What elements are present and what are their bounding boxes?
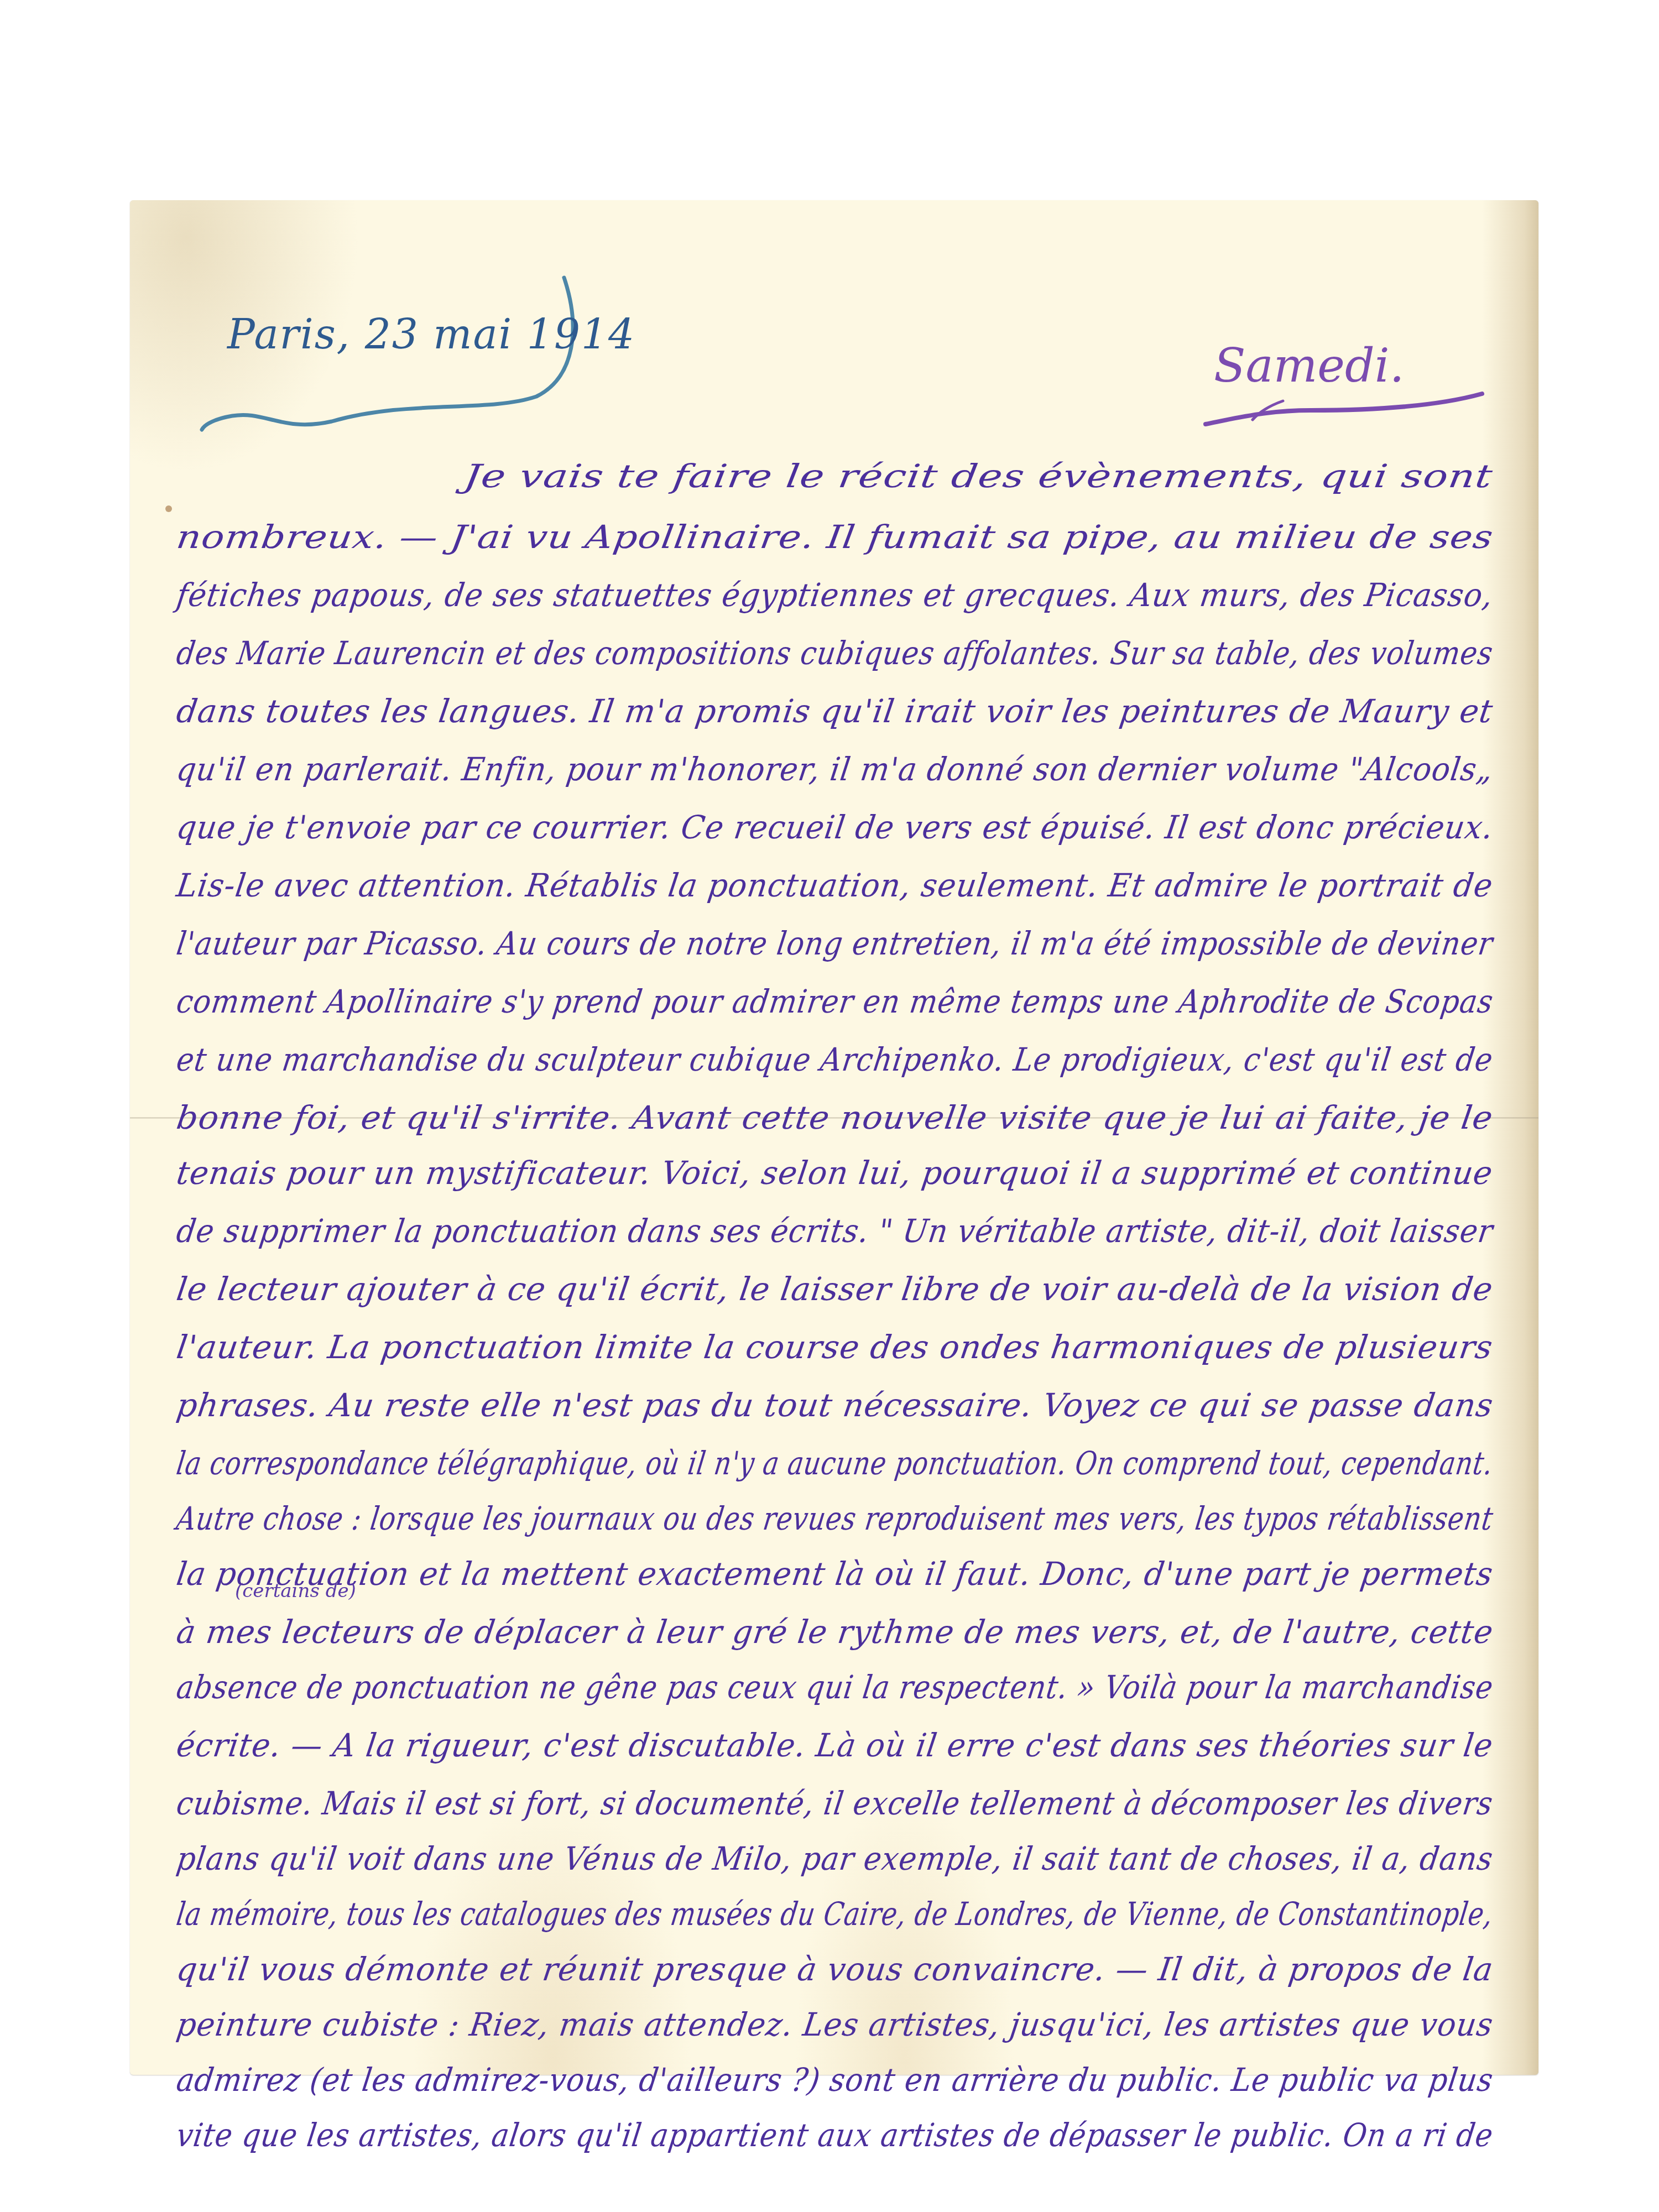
letter-sheet: Paris, 23 mai 1914 Samedi. Je vais te fa…	[130, 200, 1538, 2075]
body-line: nombreux. — J'ai vu Apollinaire. Il fuma…	[174, 518, 1496, 556]
body-line: comment Apollinaire s'y prend pour admir…	[174, 983, 1496, 1020]
body-line: phrases. Au reste elle n'est pas du tout…	[174, 1386, 1496, 1424]
body-line: la mémoire, tous les catalogues des musé…	[174, 1895, 1495, 1933]
body-line: et une marchandise du sculpteur cubique …	[174, 1041, 1495, 1078]
body-line: le lecteur ajouter à ce qu'il écrit, le …	[174, 1270, 1495, 1308]
body-line: de supprimer la ponctuation dans ses écr…	[174, 1212, 1495, 1250]
interlinear-insertion: (certains de)	[235, 1580, 356, 1602]
body-line: peinture cubiste : Riez, mais attendez. …	[174, 2006, 1496, 2043]
body-line: cubisme. Mais il est si fort, si documen…	[174, 1785, 1495, 1822]
body-line: admirez (et les admirez-vous, d'ailleurs…	[174, 2061, 1496, 2099]
body-line: vite que les artistes, alors qu'il appar…	[174, 2116, 1496, 2154]
day-of-week: Samedi.	[1214, 338, 1404, 393]
body-line: Autre chose : lorsque les journaux ou de…	[174, 1500, 1496, 1537]
foxing-spot	[165, 505, 172, 512]
body-line: Lis-le avec attention. Rétablis la ponct…	[174, 867, 1495, 904]
body-line: qu'il vous démonte et réunit presque à v…	[174, 1950, 1496, 1988]
body-line: Je vais te faire le récit des évènements…	[462, 457, 1495, 495]
place-date: Paris, 23 mai 1914	[227, 311, 635, 358]
body-line: fétiches papous, de ses statuettes égypt…	[174, 576, 1495, 614]
body-line: la ponctuation et la mettent exactement …	[174, 1555, 1496, 1593]
body-line: des Marie Laurencin et des compositions …	[174, 634, 1496, 672]
body-line: à mes lecteurs de déplacer à leur gré le…	[174, 1613, 1496, 1651]
body-line: l'auteur par Picasso. Au cours de notre …	[174, 925, 1495, 962]
body-line: absence de ponctuation ne gêne pas ceux …	[174, 1668, 1496, 1706]
body-line: plans qu'il voit dans une Vénus de Milo,…	[174, 1840, 1495, 1877]
body-line: tenais pour un mystificateur. Voici, sel…	[174, 1154, 1495, 1192]
body-line: l'auteur. La ponctuation limite la cours…	[174, 1328, 1495, 1366]
day-underline-icon	[1200, 391, 1488, 435]
body-line: dans toutes les langues. Il m'a promis q…	[174, 692, 1495, 730]
body-line: écrite. — A la rigueur, c'est discutable…	[174, 1726, 1495, 1764]
body-line: la correspondance télégraphique, où il n…	[174, 1444, 1495, 1482]
body-line: bonne foi, et qu'il s'irrite. Avant cett…	[174, 1099, 1495, 1136]
body-line: que je t'envoie par ce courrier. Ce recu…	[174, 808, 1496, 846]
body-line: qu'il en parlerait. Enfin, pour m'honore…	[174, 750, 1495, 788]
